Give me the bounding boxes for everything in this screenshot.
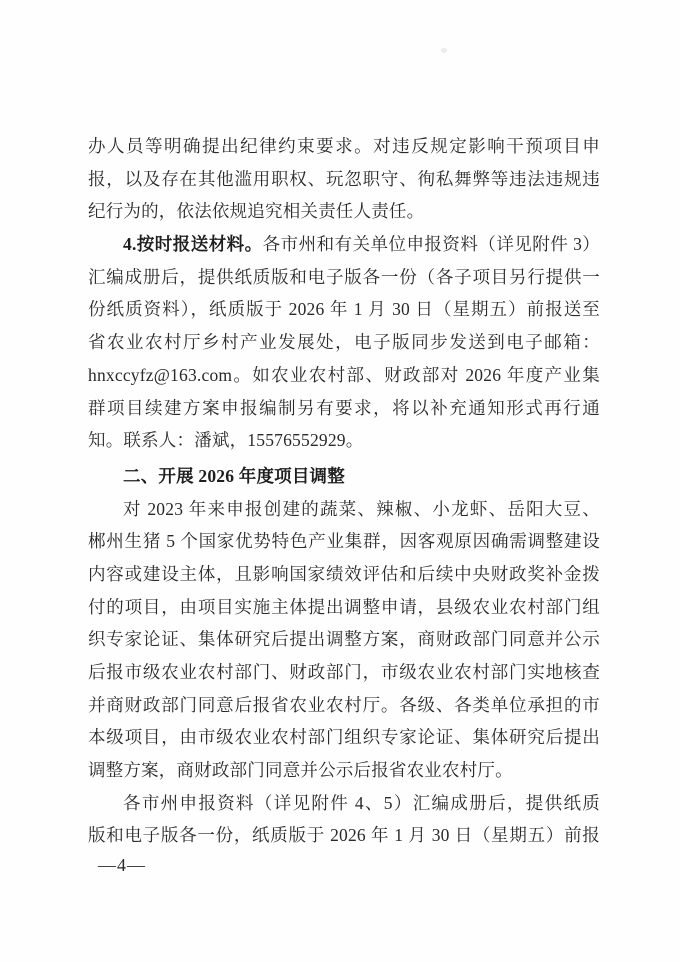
text-line: 知。联系人：潘斌，15576552929。	[88, 424, 600, 457]
text-line: 群项目续建方案申报编制另有要求，将以补充通知形式再行通	[88, 392, 600, 425]
text-line: 4.按时报送材料。各市州和有关单位申报资料（详见附件 3）	[88, 228, 600, 261]
text-line: 各市州申报资料（详见附件 4、5）汇编成册后，提供纸质	[88, 787, 600, 820]
text-line: 版和电子版各一份，纸质版于 2026 年 1 月 30 日（星期五）前报	[88, 819, 600, 852]
page-number: —4—	[98, 855, 146, 875]
text-line: 省农业农村厅乡村产业发展处，电子版同步发送到电子邮箱：	[88, 326, 600, 359]
text-line: 并商财政部门同意后报省农业农村厅。各级、各类单位承担的市	[88, 689, 600, 722]
text-line: 对 2023 年来申报创建的蔬菜、辣椒、小龙虾、岳阳大豆、	[88, 493, 600, 526]
text-line: 内容或建设主体，且影响国家绩效评估和后续中央财政奖补金拨	[88, 558, 600, 591]
text-line: 办人员等明确提出纪律约束要求。对违反规定影响干预项目申	[88, 130, 600, 163]
section-heading: 二、开展 2026 年度项目调整	[88, 460, 600, 493]
text-line: 郴州生猪 5 个国家优势特色产业集群，因客观原因确需调整建设	[88, 525, 600, 558]
text-line: hnxccyfz@163.com。如农业农村部、财政部对 2026 年度产业集	[88, 359, 600, 392]
text-line: 汇编成册后，提供纸质版和电子版各一份（各子项目另行提供一	[88, 261, 600, 294]
bold-lead-in: 4.按时报送材料。	[123, 234, 263, 254]
text-line: 份纸质资料），纸质版于 2026 年 1 月 30 日（星期五）前报送至	[88, 293, 600, 326]
document-page: 办人员等明确提出纪律约束要求。对违反规定影响干预项目申报，以及存在其他滥用职权、…	[0, 0, 680, 962]
document-body: 办人员等明确提出纪律约束要求。对违反规定影响干预项目申报，以及存在其他滥用职权、…	[88, 130, 600, 852]
text-line: 织专家论证、集体研究后提出调整方案，商财政部门同意并公示	[88, 623, 600, 656]
text-line: 本级项目，由市级农业农村部门组织专家论证、集体研究后提出	[88, 721, 600, 754]
scan-artifact	[441, 48, 447, 53]
text-line: 后报市级农业农村部门、财政部门，市级农业农村部门实地核查	[88, 656, 600, 689]
text-line: 报，以及存在其他滥用职权、玩忽职守、徇私舞弊等违法违规违	[88, 163, 600, 196]
text-line: 调整方案，商财政部门同意并公示后报省农业农村厅。	[88, 754, 600, 787]
text-line: 付的项目，由项目实施主体提出调整申请，县级农业农村部门组	[88, 591, 600, 624]
text-line: 纪行为的，依法依规追究相关责任人责任。	[88, 195, 600, 228]
